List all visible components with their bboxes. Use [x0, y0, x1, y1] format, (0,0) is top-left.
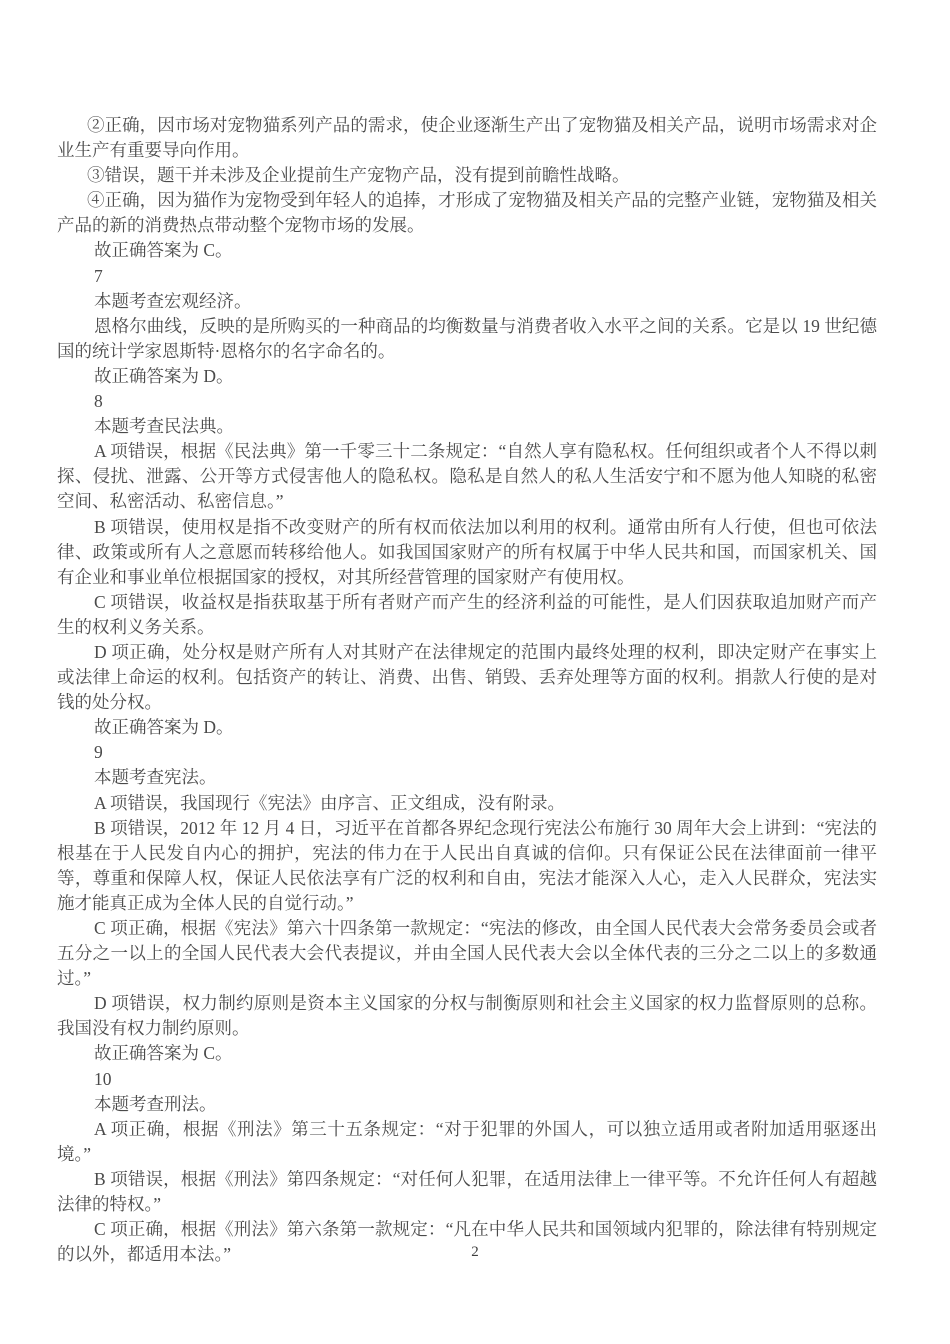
paragraph: 故正确答案为 C。: [57, 1041, 877, 1066]
paragraph: 故正确答案为 D。: [57, 364, 877, 389]
paragraph: 故正确答案为 C。: [57, 238, 877, 263]
paragraph: 本题考查民法典。: [57, 414, 877, 439]
paragraph: 本题考查刑法。: [57, 1092, 877, 1117]
paragraph: 8: [57, 389, 877, 414]
document-content: ②正确，因市场对宠物猫系列产品的需求，使企业逐渐生产出了宠物猫及相关产品，说明市…: [57, 113, 877, 1267]
paragraph: ③错误，题干并未涉及企业提前生产宠物产品，没有提到前瞻性战略。: [57, 163, 877, 188]
paragraph: C 项错误，收益权是指获取基于所有者财产而产生的经济利益的可能性，是人们因获取追…: [57, 590, 877, 640]
paragraph: 9: [57, 740, 877, 765]
paragraph: 恩格尔曲线，反映的是所购买的一种商品的均衡数量与消费者收入水平之间的关系。它是以…: [57, 314, 877, 364]
paragraph: 10: [57, 1067, 877, 1092]
paragraph: 本题考查宪法。: [57, 765, 877, 790]
paragraph: 故正确答案为 D。: [57, 715, 877, 740]
paragraph: B 项错误，根据《刑法》第四条规定：“对任何人犯罪，在适用法律上一律平等。不允许…: [57, 1167, 877, 1217]
page-number: 2: [0, 1244, 950, 1261]
paragraph: D 项正确，处分权是财产所有人对其财产在法律规定的范围内最终处理的权利，即决定财…: [57, 640, 877, 715]
paragraph: B 项错误，使用权是指不改变财产的所有权而依法加以利用的权利。通常由所有人行使，…: [57, 515, 877, 590]
paragraph: A 项错误，根据《民法典》第一千零三十二条规定：“自然人享有隐私权。任何组织或者…: [57, 439, 877, 514]
paragraph: B 项错误，2012 年 12 月 4 日，习近平在首都各界纪念现行宪法公布施行…: [57, 816, 877, 916]
paragraph: ②正确，因市场对宠物猫系列产品的需求，使企业逐渐生产出了宠物猫及相关产品，说明市…: [57, 113, 877, 163]
paragraph: A 项正确，根据《刑法》第三十五条规定：“对于犯罪的外国人，可以独立适用或者附加…: [57, 1117, 877, 1167]
paragraph: C 项正确，根据《宪法》第六十四条第一款规定：“宪法的修改，由全国人民代表大会常…: [57, 916, 877, 991]
paragraph: ④正确，因为猫作为宠物受到年轻人的追捧，才形成了宠物猫及相关产品的完整产业链，宠…: [57, 188, 877, 238]
paragraph: 本题考查宏观经济。: [57, 289, 877, 314]
paragraph: A 项错误，我国现行《宪法》由序言、正文组成，没有附录。: [57, 791, 877, 816]
paragraph: D 项错误，权力制约原则是资本主义国家的分权与制衡原则和社会主义国家的权力监督原…: [57, 991, 877, 1041]
paragraph: 7: [57, 264, 877, 289]
document-page: ②正确，因市场对宠物猫系列产品的需求，使企业逐渐生产出了宠物猫及相关产品，说明市…: [0, 0, 950, 1344]
